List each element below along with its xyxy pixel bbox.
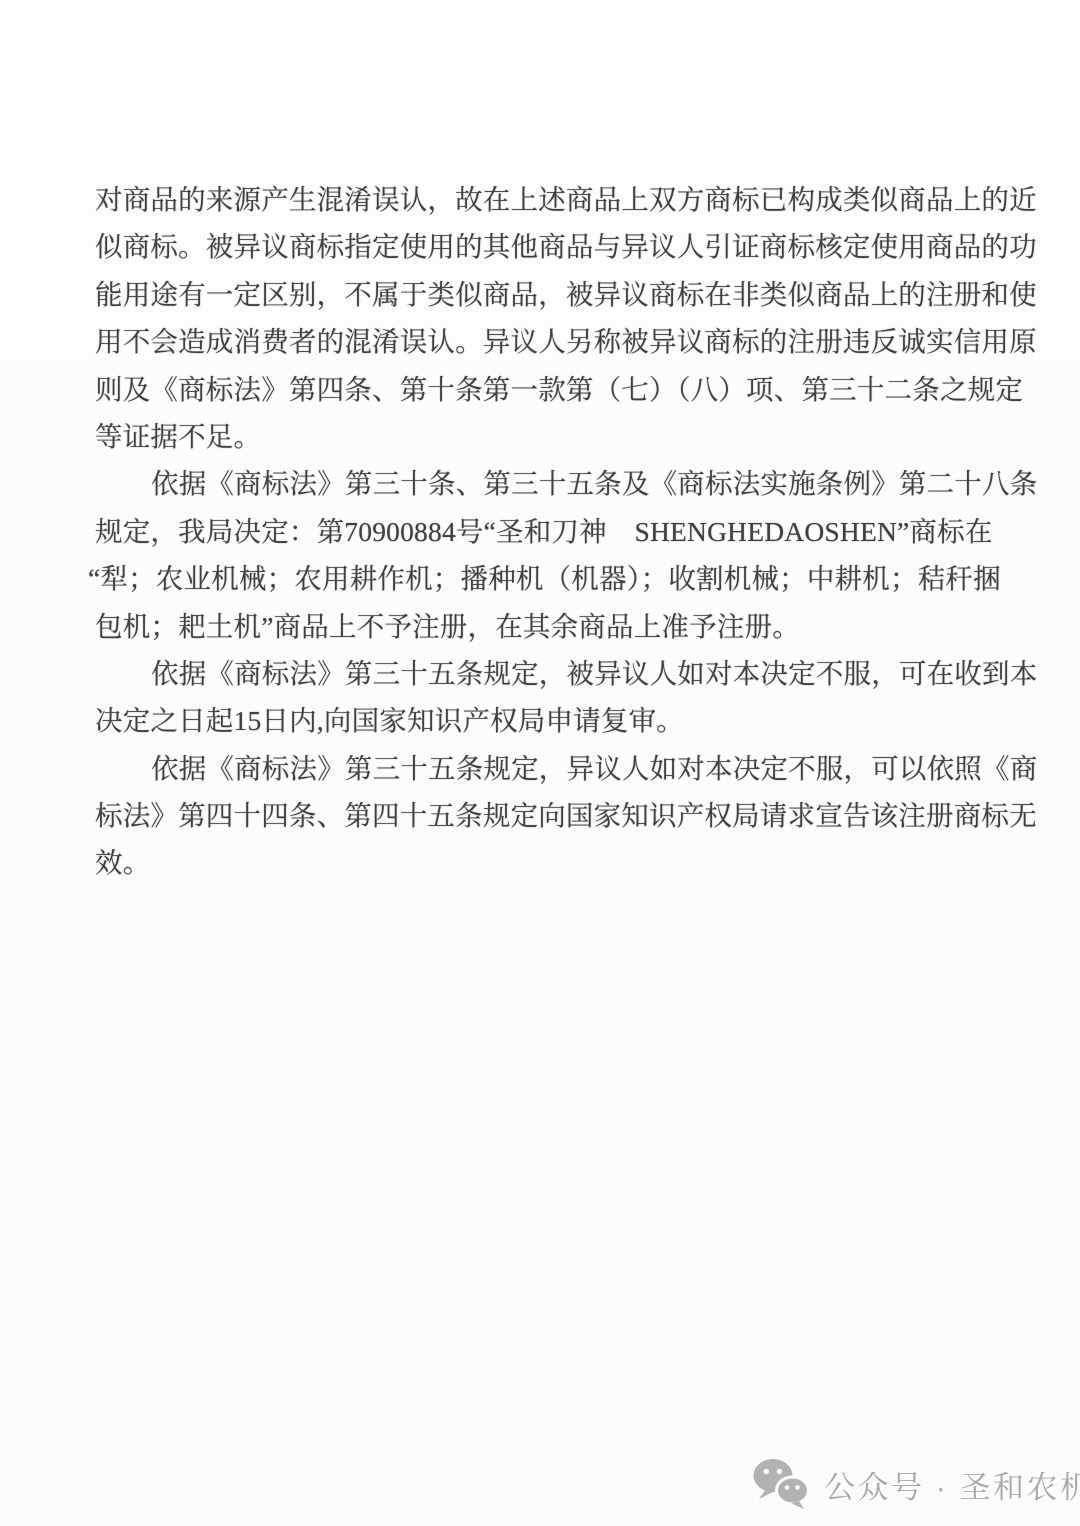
text-line: 能用途有一定区别，不属于类似商品，被异议商标在非类似商品上的注册和使 [95,271,961,318]
scanned-document-page: 对商品的来源产生混淆误认，故在上述商品上双方商标已构成类似商品上的近似商标。被异… [0,0,1080,1526]
footer-brand: 公众号 · 圣和农机 [752,1455,1080,1513]
text-line: 依据《商标法》第三十五条规定，异议人如对本决定不服，可以依照《商 [95,745,961,792]
text-line: 效。 [95,839,961,886]
text-line: 依据《商标法》第三十五条规定，被异议人如对本决定不服，可在收到本 [95,650,961,697]
text-line: 规定，我局决定：第70900884号“圣和刀神 SHENGHEDAOSHEN”商… [95,508,961,555]
footer-label: 公众号 · 圣和农机 [824,1462,1080,1507]
text-line: 包机；耙土机”商品上不予注册，在其余商品上准予注册。 [95,603,961,650]
text-line: 依据《商标法》第三十条、第三十五条及《商标法实施条例》第二十八条 [95,460,961,507]
text-line: 则及《商标法》第四条、第十条第一款第（七）（八）项、第三十二条之规定 [95,366,961,413]
text-line: 决定之日起15日内,向国家知识产权局申请复审。 [95,697,961,744]
text-line: “犁；农业机械；农用耕作机；播种机（机器）；收割机械；中耕机；秸秆捆 [95,555,961,602]
text-line: 标法》第四十四条、第四十五条规定向国家知识产权局请求宣告该注册商标无 [95,792,961,839]
document-body: 对商品的来源产生混淆误认，故在上述商品上双方商标已构成类似商品上的近似商标。被异… [95,176,961,887]
text-line: 似商标。被异议商标指定使用的其他商品与异议人引证商标核定使用商品的功 [95,223,961,270]
text-line: 对商品的来源产生混淆误认，故在上述商品上双方商标已构成类似商品上的近 [95,176,961,223]
text-line: 等证据不足。 [95,413,961,460]
wechat-icon [752,1457,810,1511]
text-line: 用不会造成消费者的混淆误认。异议人另称被异议商标的注册违反诚实信用原 [95,318,961,365]
